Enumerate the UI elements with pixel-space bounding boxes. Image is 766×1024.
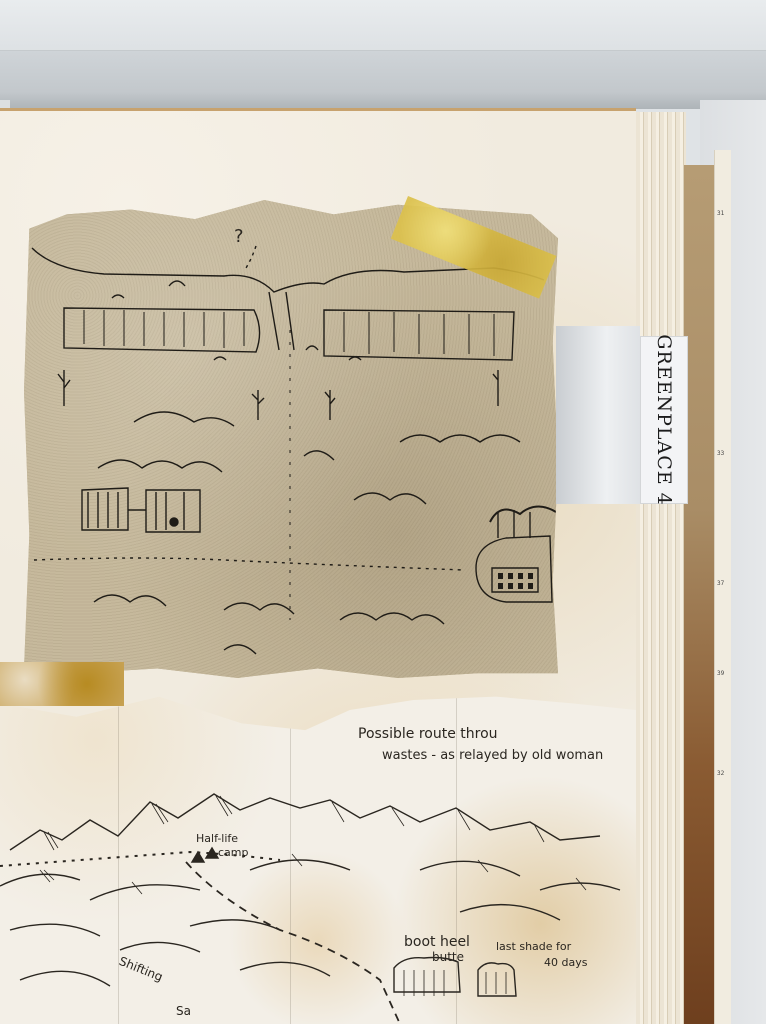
label-butte-line2: butte (432, 950, 464, 964)
label-butte-line1: boot heel (404, 934, 470, 950)
ruler-strip: 31 33 37 39 32 (714, 150, 731, 1024)
bottom-map: Possible route throu wastes - as relayed… (0, 690, 636, 1024)
map-title-line2: wastes - as relayed by old woman (382, 748, 603, 763)
ruler-tick: 32 (717, 770, 724, 777)
ruler-tick: 31 (717, 210, 724, 217)
question-mark-annotation: ? (234, 226, 244, 247)
section-tab-label: GREENPLACE 4 (653, 334, 675, 506)
wall-ledge (0, 50, 766, 109)
bottom-map-drawing (0, 690, 636, 1024)
section-tab[interactable]: GREENPLACE 4 (640, 336, 688, 504)
tab-backing (556, 326, 640, 504)
map-title-line1: Possible route throu (358, 726, 498, 742)
label-shade-line2: 40 days (544, 956, 587, 969)
brown-page (684, 165, 716, 1024)
ruler-tick: 33 (717, 450, 724, 457)
label-camp-line1: Half-life (196, 832, 238, 845)
label-camp-line2: camp (218, 846, 249, 859)
label-sands: Sa (176, 1004, 191, 1018)
ruler-tick: 37 (717, 580, 724, 587)
wall-top (0, 0, 766, 52)
sand-tape (0, 662, 124, 706)
ruler-tick: 39 (717, 670, 724, 677)
label-shade-line1: last shade for (496, 940, 571, 953)
